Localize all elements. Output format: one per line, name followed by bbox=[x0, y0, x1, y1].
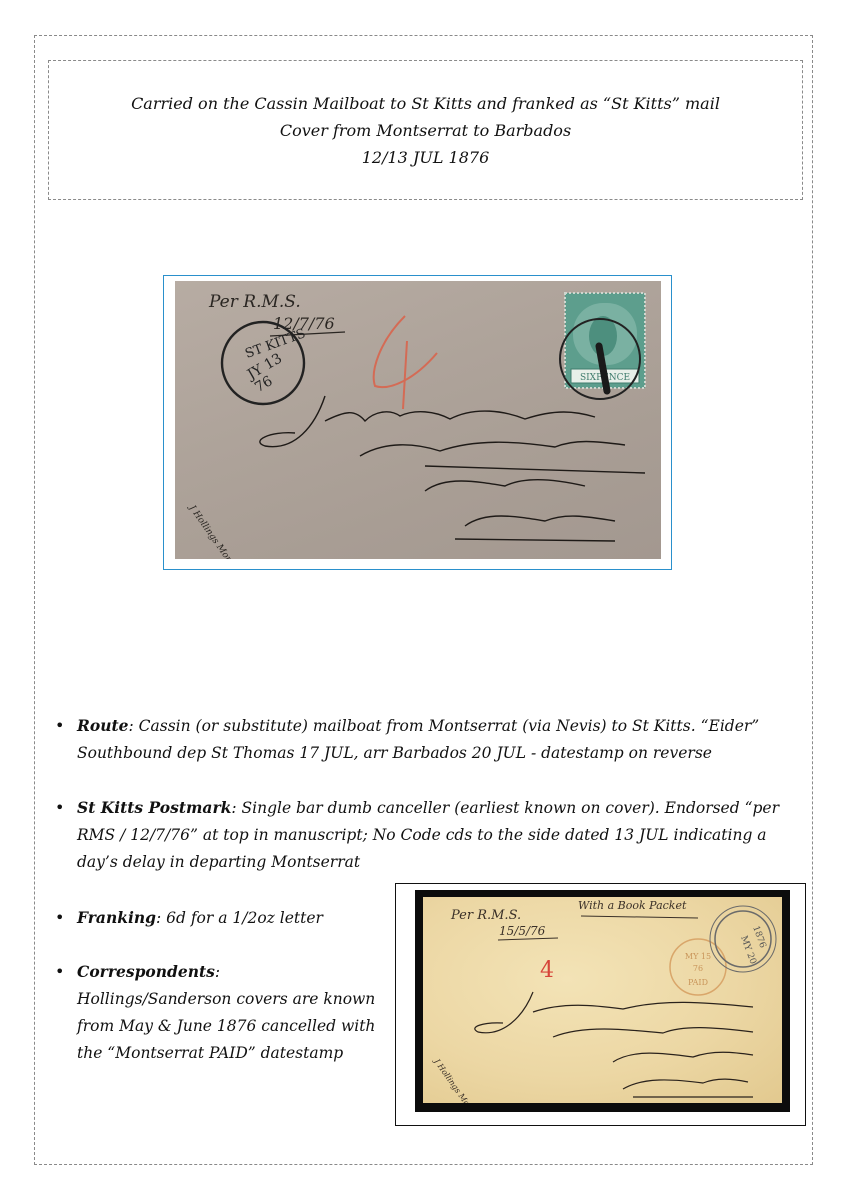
sender-note: J Hollings Montserrat bbox=[186, 502, 252, 559]
main-cover-image: Per R.M.S. 12/7/76 ST KITTS JY 13 76 SIX… bbox=[163, 275, 672, 570]
note-text: : 6d for a 1/2oz letter bbox=[156, 909, 323, 927]
title-line-2: Cover from Montserrat to Barbados bbox=[280, 117, 571, 144]
endorsement-text: Per R.M.S. bbox=[208, 292, 301, 312]
annotation-book-packet: With a Book Packet bbox=[578, 899, 687, 912]
svg-text:PAID: PAID bbox=[688, 978, 708, 987]
envelope-st-kitts: Per R.M.S. 12/7/76 ST KITTS JY 13 76 SIX… bbox=[175, 281, 661, 559]
endorsement-date: 15/5/76 bbox=[499, 924, 546, 938]
barbados-postmark: MY 20 1876 bbox=[710, 906, 776, 972]
title-line-3: 12/13 JUL 1876 bbox=[362, 144, 490, 171]
secondary-cover-image: Per R.M.S. 15/5/76 With a Book Packet 4 … bbox=[395, 883, 806, 1126]
envelope-montserrat-paid: Per R.M.S. 15/5/76 With a Book Packet 4 … bbox=[423, 897, 782, 1103]
note-route: Route: Cassin (or substitute) mailboat f… bbox=[55, 712, 797, 767]
note-franking: Franking: 6d for a 1/2oz letter bbox=[55, 904, 377, 932]
address-script bbox=[260, 396, 645, 541]
note-text: : Cassin (or substitute) mailboat from M… bbox=[77, 717, 759, 762]
note-label: Franking bbox=[77, 908, 156, 927]
svg-text:76: 76 bbox=[693, 964, 703, 973]
title-line-1: Carried on the Cassin Mailboat to St Kit… bbox=[131, 90, 720, 117]
endorsement-text: Per R.M.S. bbox=[450, 908, 521, 923]
note-label: Correspondents bbox=[77, 962, 215, 981]
note-postmark: St Kitts Postmark: Single bar dumb cance… bbox=[55, 794, 787, 876]
title-box: Carried on the Cassin Mailboat to St Kit… bbox=[48, 60, 803, 200]
st-kitts-postmark: ST KITTS JY 13 76 bbox=[222, 322, 308, 404]
charge-mark: 4 bbox=[540, 958, 554, 983]
note-label: Route bbox=[77, 716, 129, 735]
note-label: St Kitts Postmark bbox=[77, 798, 231, 817]
note-correspondents: Correspondents: Hollings/Sanderson cover… bbox=[55, 958, 377, 1067]
stamp-sixpence: SIXPENCE bbox=[560, 293, 645, 399]
montserrat-paid-postmark: MY 15 76 PAID bbox=[670, 939, 726, 995]
svg-text:MY 15: MY 15 bbox=[685, 952, 711, 961]
address-script bbox=[475, 992, 753, 1097]
sender-note: J Hollings Montserrat bbox=[431, 1056, 490, 1103]
